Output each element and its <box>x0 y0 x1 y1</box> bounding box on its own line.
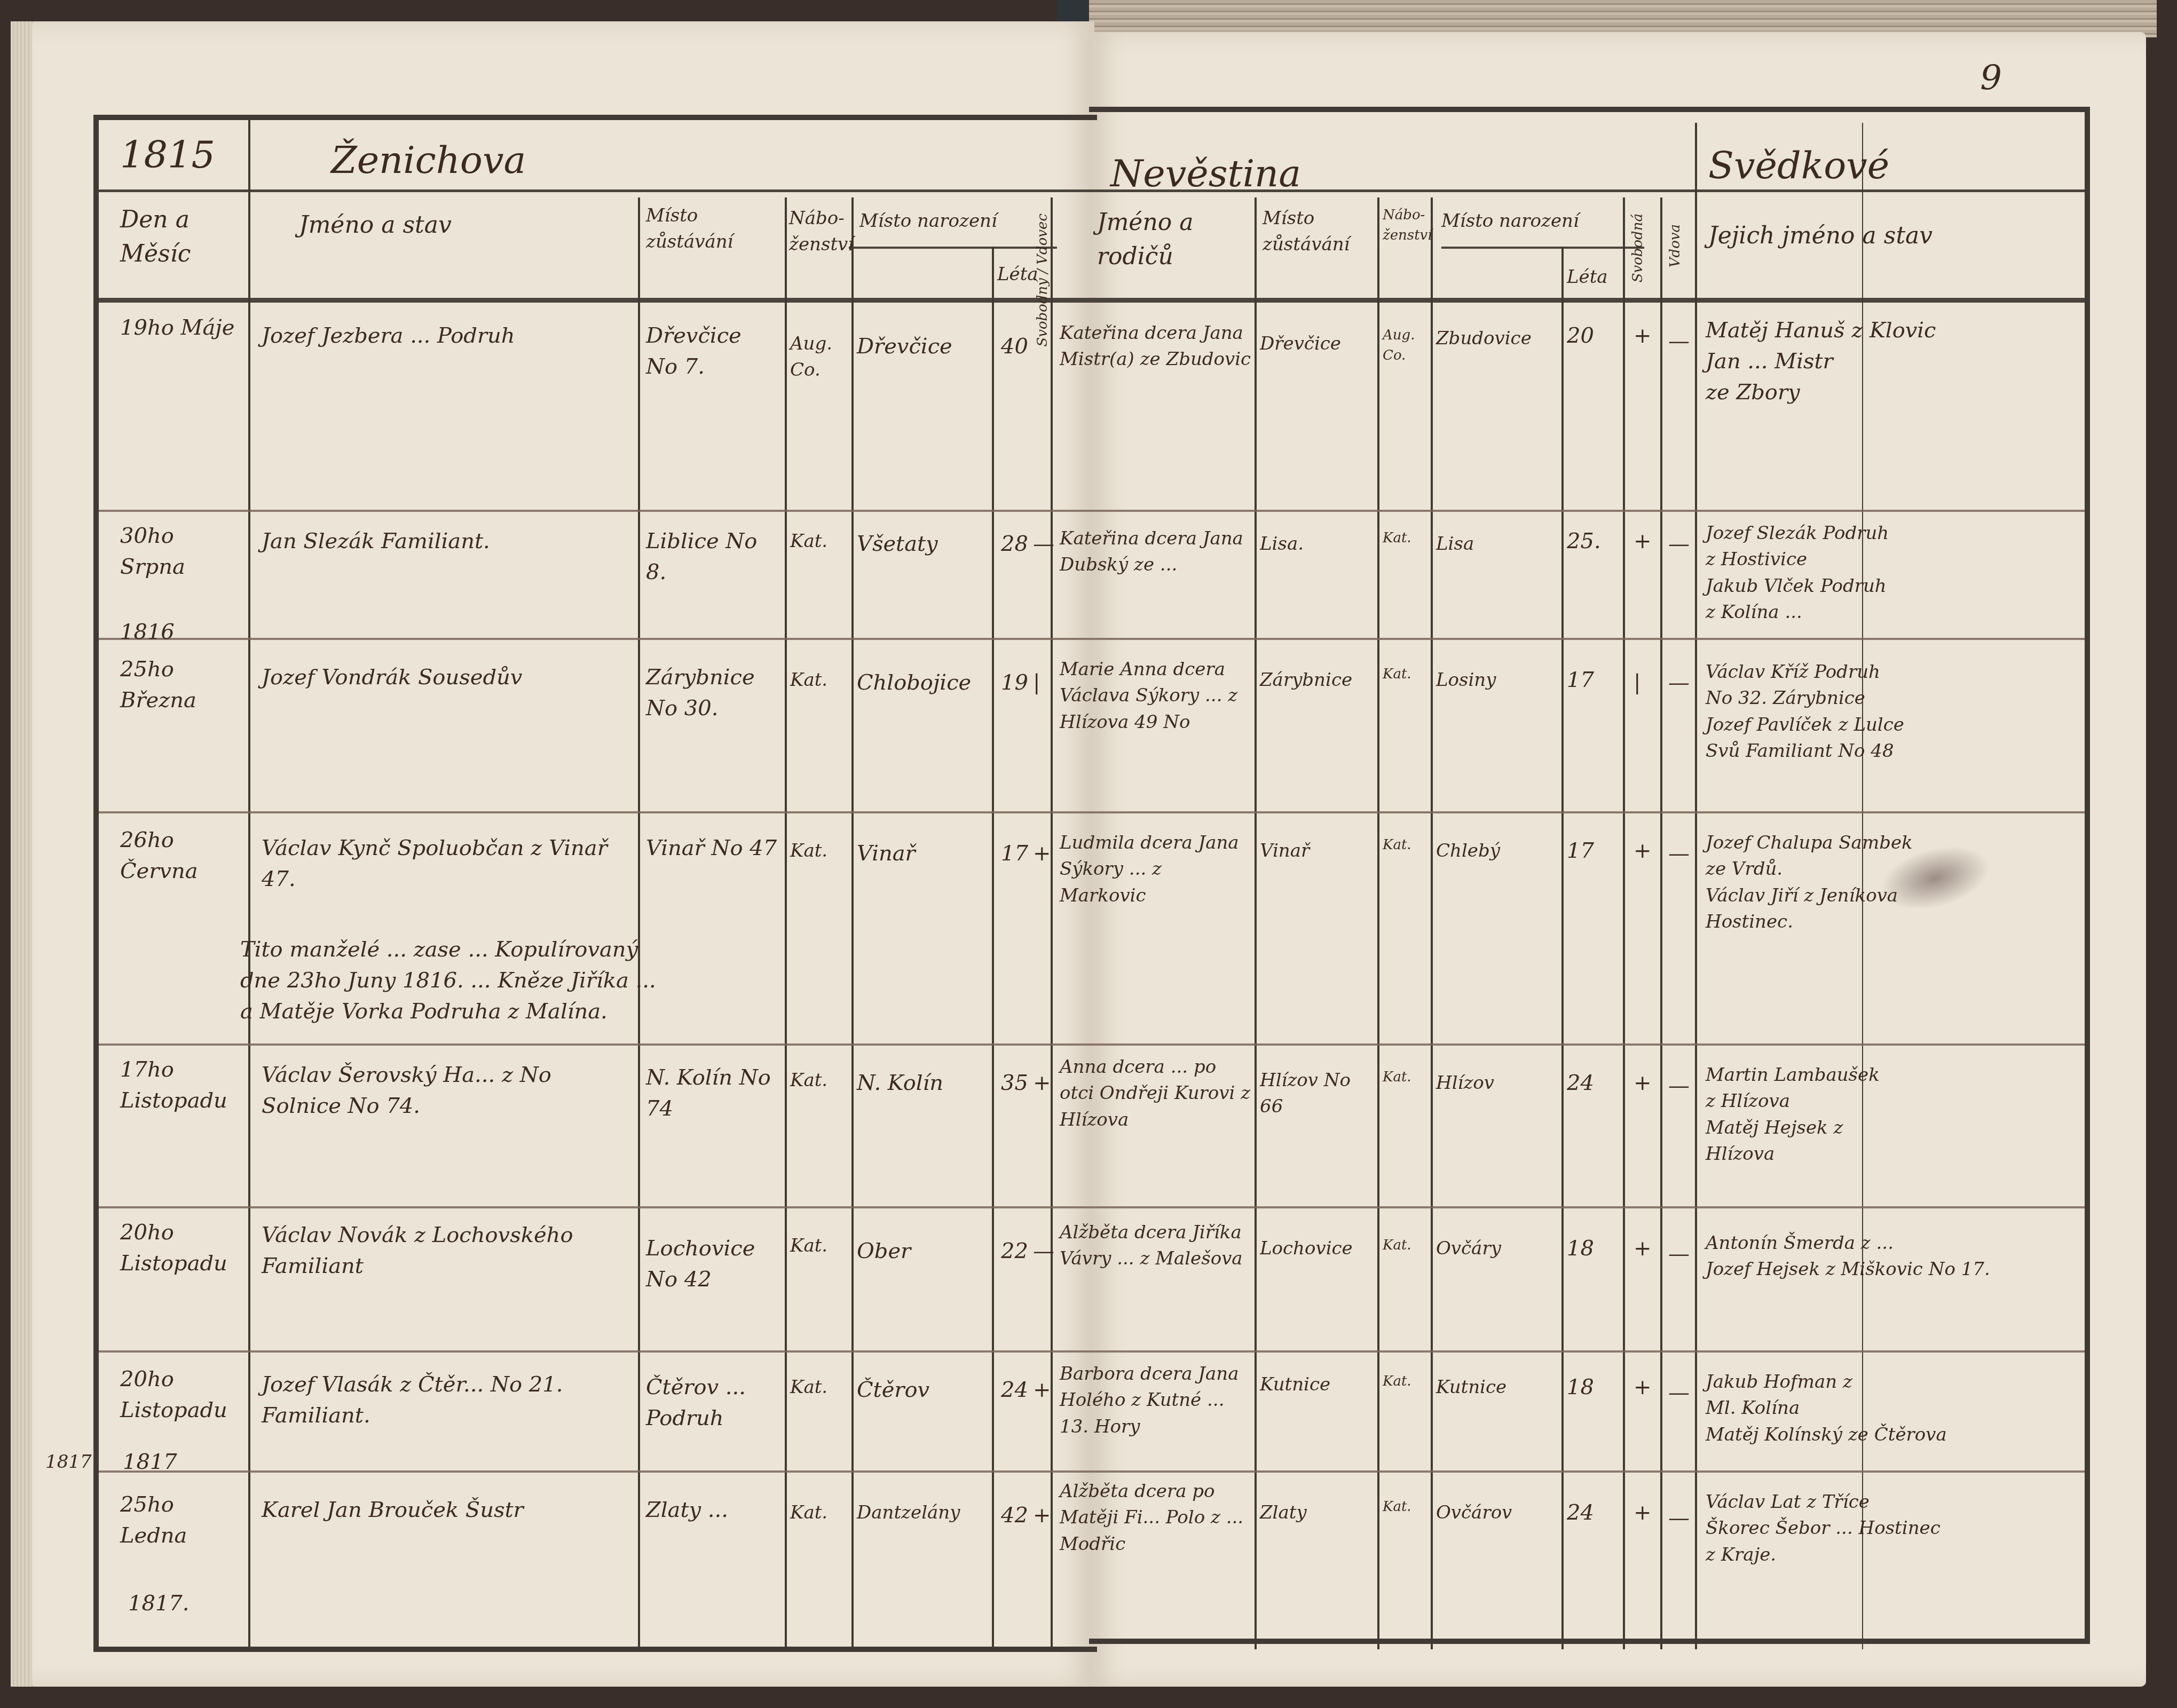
col-line <box>1695 123 1697 1649</box>
entry-groom-name: Jan Slezák Familiant. <box>262 526 630 557</box>
col-line <box>1377 197 1379 1649</box>
entry-groom-age: 28 <box>1001 528 1028 559</box>
entry-groom-residence: Vinař No 47 <box>646 833 779 864</box>
entry-witnesses: Václav Lat z Tříce Škorec Šebor ... Host… <box>1706 1489 2079 1568</box>
header-bride-age: Léta <box>1567 264 1608 290</box>
entry-groom-residence: Zárybnice No 30. <box>646 662 779 724</box>
col-line <box>1623 197 1625 1649</box>
entry-groom-age: 17 <box>1001 838 1028 869</box>
entry-bride-residence: Zárybnice <box>1260 667 1375 693</box>
entry-date: 19ho Máje <box>120 312 243 343</box>
entry-year-marker-bottom: 1817. <box>128 1588 190 1619</box>
entry-bride-name: Alžběta dcera Jiříka Vávry ... z Malešov… <box>1060 1220 1252 1272</box>
entry-date: 20ho Listopadu <box>120 1217 243 1279</box>
entry-groom-birthplace: Dantzelány <box>857 1500 990 1526</box>
entry-bride-religion: Aug. Co. <box>1383 326 1428 366</box>
entry-bride-birthplace: Ovčárov <box>1436 1500 1559 1526</box>
entry-bride-name: Kateřina dcera Jana Mistr(a) ze Zbudovic <box>1060 320 1252 373</box>
entry-bride-name: Ludmila dcera Jana Sýkory ... z Markovic <box>1060 830 1252 909</box>
header-groom-status: Svobodný / Vdovec <box>1033 213 1053 347</box>
col-line <box>1051 197 1053 1649</box>
row-separator <box>99 1043 2085 1046</box>
col-line <box>851 197 854 1649</box>
entry-bride-single: | <box>1634 667 1640 698</box>
entry-bride-religion: Kat. <box>1383 1067 1428 1088</box>
entry-bride-widow: — <box>1668 1377 1690 1408</box>
entry-groom-residence: Liblice No 8. <box>646 526 779 588</box>
subheader-rule-groom-place <box>849 247 1057 249</box>
entry-bride-residence: Kutnice <box>1260 1372 1375 1398</box>
entry-bride-single: + <box>1634 320 1652 351</box>
entry-groom-name: Karel Jan Brouček Šustr <box>262 1494 630 1525</box>
entry-groom-religion: Kat. <box>790 1374 849 1401</box>
entry-groom-age: 22 <box>1001 1236 1028 1267</box>
entry-witnesses: Václav Kříž Podruh No 32. Zárybnice Joze… <box>1706 659 2079 764</box>
entry-bride-name: Barbora dcera Jana Holého z Kutné ... 13… <box>1060 1361 1252 1440</box>
entry-bride-widow: — <box>1668 1070 1690 1101</box>
entry-bride-widow: — <box>1668 1238 1690 1269</box>
col-line <box>1660 197 1662 1649</box>
entry-bride-religion: Kat. <box>1383 1372 1428 1392</box>
entry-bride-name: Anna dcera ... po otci Ondřeji Kurovi z … <box>1060 1054 1252 1133</box>
entry-groom-status: — <box>1033 1236 1054 1267</box>
entry-bride-name: Marie Anna dcera Václava Sýkory ... z Hl… <box>1060 657 1252 736</box>
entry-groom-religion: Kat. <box>790 1067 849 1094</box>
entry-groom-name: Jozef Vlasák z Čtěr... No 21. Familiant. <box>262 1369 630 1431</box>
entry-groom-religion: Kat. <box>790 667 849 693</box>
entry-date: 25ho Března <box>120 654 243 716</box>
entry-groom-birthplace: Všetaty <box>857 528 990 559</box>
entry-bride-birthplace: Losiny <box>1436 667 1559 693</box>
entry-groom-age: 19 <box>1001 667 1028 698</box>
entry-bride-birthplace: Lisa <box>1436 531 1559 557</box>
entry-bride-age: 20 <box>1567 320 1594 351</box>
subheader-rule-bride-place <box>1441 247 1644 249</box>
entry-groom-religion: Kat. <box>790 528 849 555</box>
entry-bride-residence: Lochovice <box>1260 1236 1375 1262</box>
entry-year-marker: 1816 <box>120 616 175 647</box>
row-separator <box>99 638 2085 640</box>
entry-bride-age: 24 <box>1567 1067 1594 1098</box>
groom-section-title: Ženichova <box>331 133 526 188</box>
entry-bride-residence: Hlízov No 66 <box>1260 1067 1375 1120</box>
entry-groom-religion: Kat. <box>790 1500 849 1526</box>
entry-year-marker: 1817 <box>123 1446 177 1477</box>
entry-groom-age: 40 <box>1001 331 1028 362</box>
entry-bride-residence: Lisa. <box>1260 531 1375 557</box>
entry-bride-single: + <box>1634 1067 1652 1098</box>
page-number: 9 <box>1980 59 2002 98</box>
entry-groom-age: 24 <box>1001 1374 1028 1405</box>
entry-bride-religion: Kat. <box>1383 665 1428 685</box>
entry-groom-age: 35 <box>1001 1067 1028 1098</box>
header-groom-religion: Nábo-ženství <box>789 205 848 258</box>
header-bride-widow: Vdova <box>1666 224 1686 267</box>
entry-witnesses: Jozef Slezák Podruh z Hostivice Jakub Vl… <box>1706 520 2079 626</box>
row-separator <box>99 1470 2085 1473</box>
entry-groom-birthplace: Ober <box>857 1236 990 1267</box>
entry-witnesses: Matěj Hanuš z Klovic Jan ... Mistr ze Zb… <box>1706 315 2079 408</box>
entry-note: Tito manželé ... zase ... Kopulírovaný d… <box>240 934 1073 1027</box>
entry-groom-birthplace: Čtěrov <box>857 1374 990 1405</box>
entry-bride-single: + <box>1634 1233 1652 1264</box>
entry-groom-status: + <box>1033 838 1051 869</box>
entry-date: 20ho Listopadu <box>120 1364 243 1426</box>
header-groom-residence: Místo zůstávání <box>646 203 779 256</box>
witnesses-section-title: Svědkové <box>1708 139 1889 193</box>
header-witnesses: Jejich jméno a stav <box>1708 219 2071 253</box>
entry-bride-widow: — <box>1668 1503 1690 1533</box>
entry-groom-age: 42 <box>1001 1500 1028 1531</box>
row-separator <box>99 1350 2085 1353</box>
entry-bride-name: Kateřina dcera Jana Dubský ze ... <box>1060 526 1252 579</box>
entry-groom-residence: Lochovice No 42 <box>646 1233 779 1295</box>
entry-groom-name: Jozef Jezbera ... Podruh <box>262 320 630 351</box>
entry-groom-birthplace: Dřevčice <box>857 331 990 362</box>
entry-bride-age: 17 <box>1567 835 1594 866</box>
header-bottom-rule <box>99 298 2085 303</box>
entry-bride-birthplace: Chlebý <box>1436 838 1559 864</box>
col-line <box>1255 197 1257 1649</box>
entry-witnesses: Martin Lambaušek z Hlízova Matěj Hejsek … <box>1706 1062 2079 1167</box>
entry-bride-single: + <box>1634 1372 1652 1403</box>
entry-groom-name: Václav Kynč Spoluobčan z Vinař 47. <box>262 833 630 895</box>
entry-bride-residence: Zlaty <box>1260 1500 1375 1526</box>
margin-year-note: 1817 <box>45 1449 92 1475</box>
entry-groom-status: | <box>1033 667 1040 698</box>
entry-bride-religion: Kat. <box>1383 1497 1428 1517</box>
entry-bride-religion: Kat. <box>1383 835 1428 856</box>
col-line <box>785 197 787 1649</box>
entry-bride-single: + <box>1634 1497 1652 1528</box>
entry-bride-single: + <box>1634 526 1652 557</box>
col-line <box>638 197 640 1649</box>
entry-date: 30ho Srpna <box>120 520 243 582</box>
col-line <box>1561 247 1564 1649</box>
entry-groom-name: Václav Šerovský Ha... z No Solnice No 74… <box>262 1059 630 1121</box>
entry-groom-status: + <box>1033 1500 1051 1531</box>
header-bride-birthplace: Místo narození <box>1441 208 1618 234</box>
row-separator <box>99 510 2085 512</box>
entry-groom-birthplace: Chlobojice <box>857 667 990 698</box>
entry-bride-birthplace: Kutnice <box>1436 1374 1559 1401</box>
entry-witnesses: Antonín Šmerda z ... Jozef Hejsek z Mišk… <box>1706 1230 2079 1283</box>
entry-date: 26ho Června <box>120 825 243 887</box>
entry-bride-age: 17 <box>1567 665 1594 695</box>
header-bride-religion: Nábo-ženství <box>1383 205 1428 246</box>
entry-bride-residence: Dřevčice <box>1260 331 1375 357</box>
bride-section-title: Nevěstina <box>1110 147 1301 201</box>
entry-bride-widow: — <box>1668 838 1690 869</box>
entry-bride-religion: Kat. <box>1383 1236 1428 1256</box>
entry-bride-age: 18 <box>1567 1233 1594 1264</box>
entry-groom-religion: Aug. Co. <box>790 331 849 384</box>
year-header: 1815 <box>120 128 215 183</box>
header-groom-name: Jméno a stav <box>299 208 577 242</box>
col-line <box>248 117 250 1649</box>
entry-bride-widow: — <box>1668 667 1690 698</box>
entry-groom-birthplace: Vinař <box>857 838 990 869</box>
header-date: Den a Měsíc <box>120 203 238 271</box>
entry-groom-status: — <box>1033 528 1054 559</box>
entry-groom-status: + <box>1033 1374 1051 1405</box>
header-groom-age: Léta <box>997 262 1038 288</box>
entry-bride-name: Alžběta dcera po Matěji Fi... Polo z ...… <box>1060 1478 1252 1557</box>
entry-bride-birthplace: Ovčáry <box>1436 1236 1559 1262</box>
header-bride-residence: Místo zůstávání <box>1263 205 1375 258</box>
entry-groom-residence: Dřevčice No 7. <box>646 320 779 382</box>
entry-groom-name: Jozef Vondrák Sousedův <box>262 662 630 693</box>
entry-bride-single: + <box>1634 835 1652 866</box>
entry-bride-birthplace: Hlízov <box>1436 1070 1559 1096</box>
entry-groom-religion: Kat. <box>790 1233 849 1259</box>
entry-groom-residence: N. Kolín No 74 <box>646 1062 779 1124</box>
row-separator <box>99 1206 2085 1208</box>
entry-groom-birthplace: N. Kolín <box>857 1067 990 1098</box>
entry-bride-widow: — <box>1668 528 1690 559</box>
entry-groom-status: + <box>1033 1067 1051 1098</box>
entry-bride-religion: Kat. <box>1383 528 1428 549</box>
col-line <box>1431 197 1433 1649</box>
entry-groom-religion: Kat. <box>790 838 849 864</box>
header-bride-single: Svobodná <box>1628 213 1648 282</box>
entry-date: 17ho Listopadu <box>120 1054 243 1116</box>
entry-bride-age: 24 <box>1567 1497 1594 1528</box>
entry-bride-residence: Vinař <box>1260 838 1375 864</box>
entry-bride-age: 18 <box>1567 1372 1594 1403</box>
entry-groom-name: Václav Novák z Lochovského Familiant <box>262 1220 630 1282</box>
entry-witnesses: Jakub Hofman z Ml. Kolína Matěj Kolínský… <box>1706 1369 2079 1448</box>
header-groom-birthplace: Místo narození <box>859 208 1046 234</box>
entry-groom-residence: Zlaty ... <box>646 1494 779 1525</box>
entry-bride-age: 25. <box>1567 526 1601 557</box>
header-bride-name: Jméno a rodičů <box>1097 205 1247 274</box>
entry-date: 25ho Ledna <box>120 1489 243 1551</box>
row-separator <box>99 811 2085 813</box>
entry-bride-birthplace: Zbudovice <box>1436 326 1559 352</box>
entry-bride-widow: — <box>1668 326 1690 357</box>
entry-groom-residence: Čtěrov ... Podruh <box>646 1372 779 1434</box>
